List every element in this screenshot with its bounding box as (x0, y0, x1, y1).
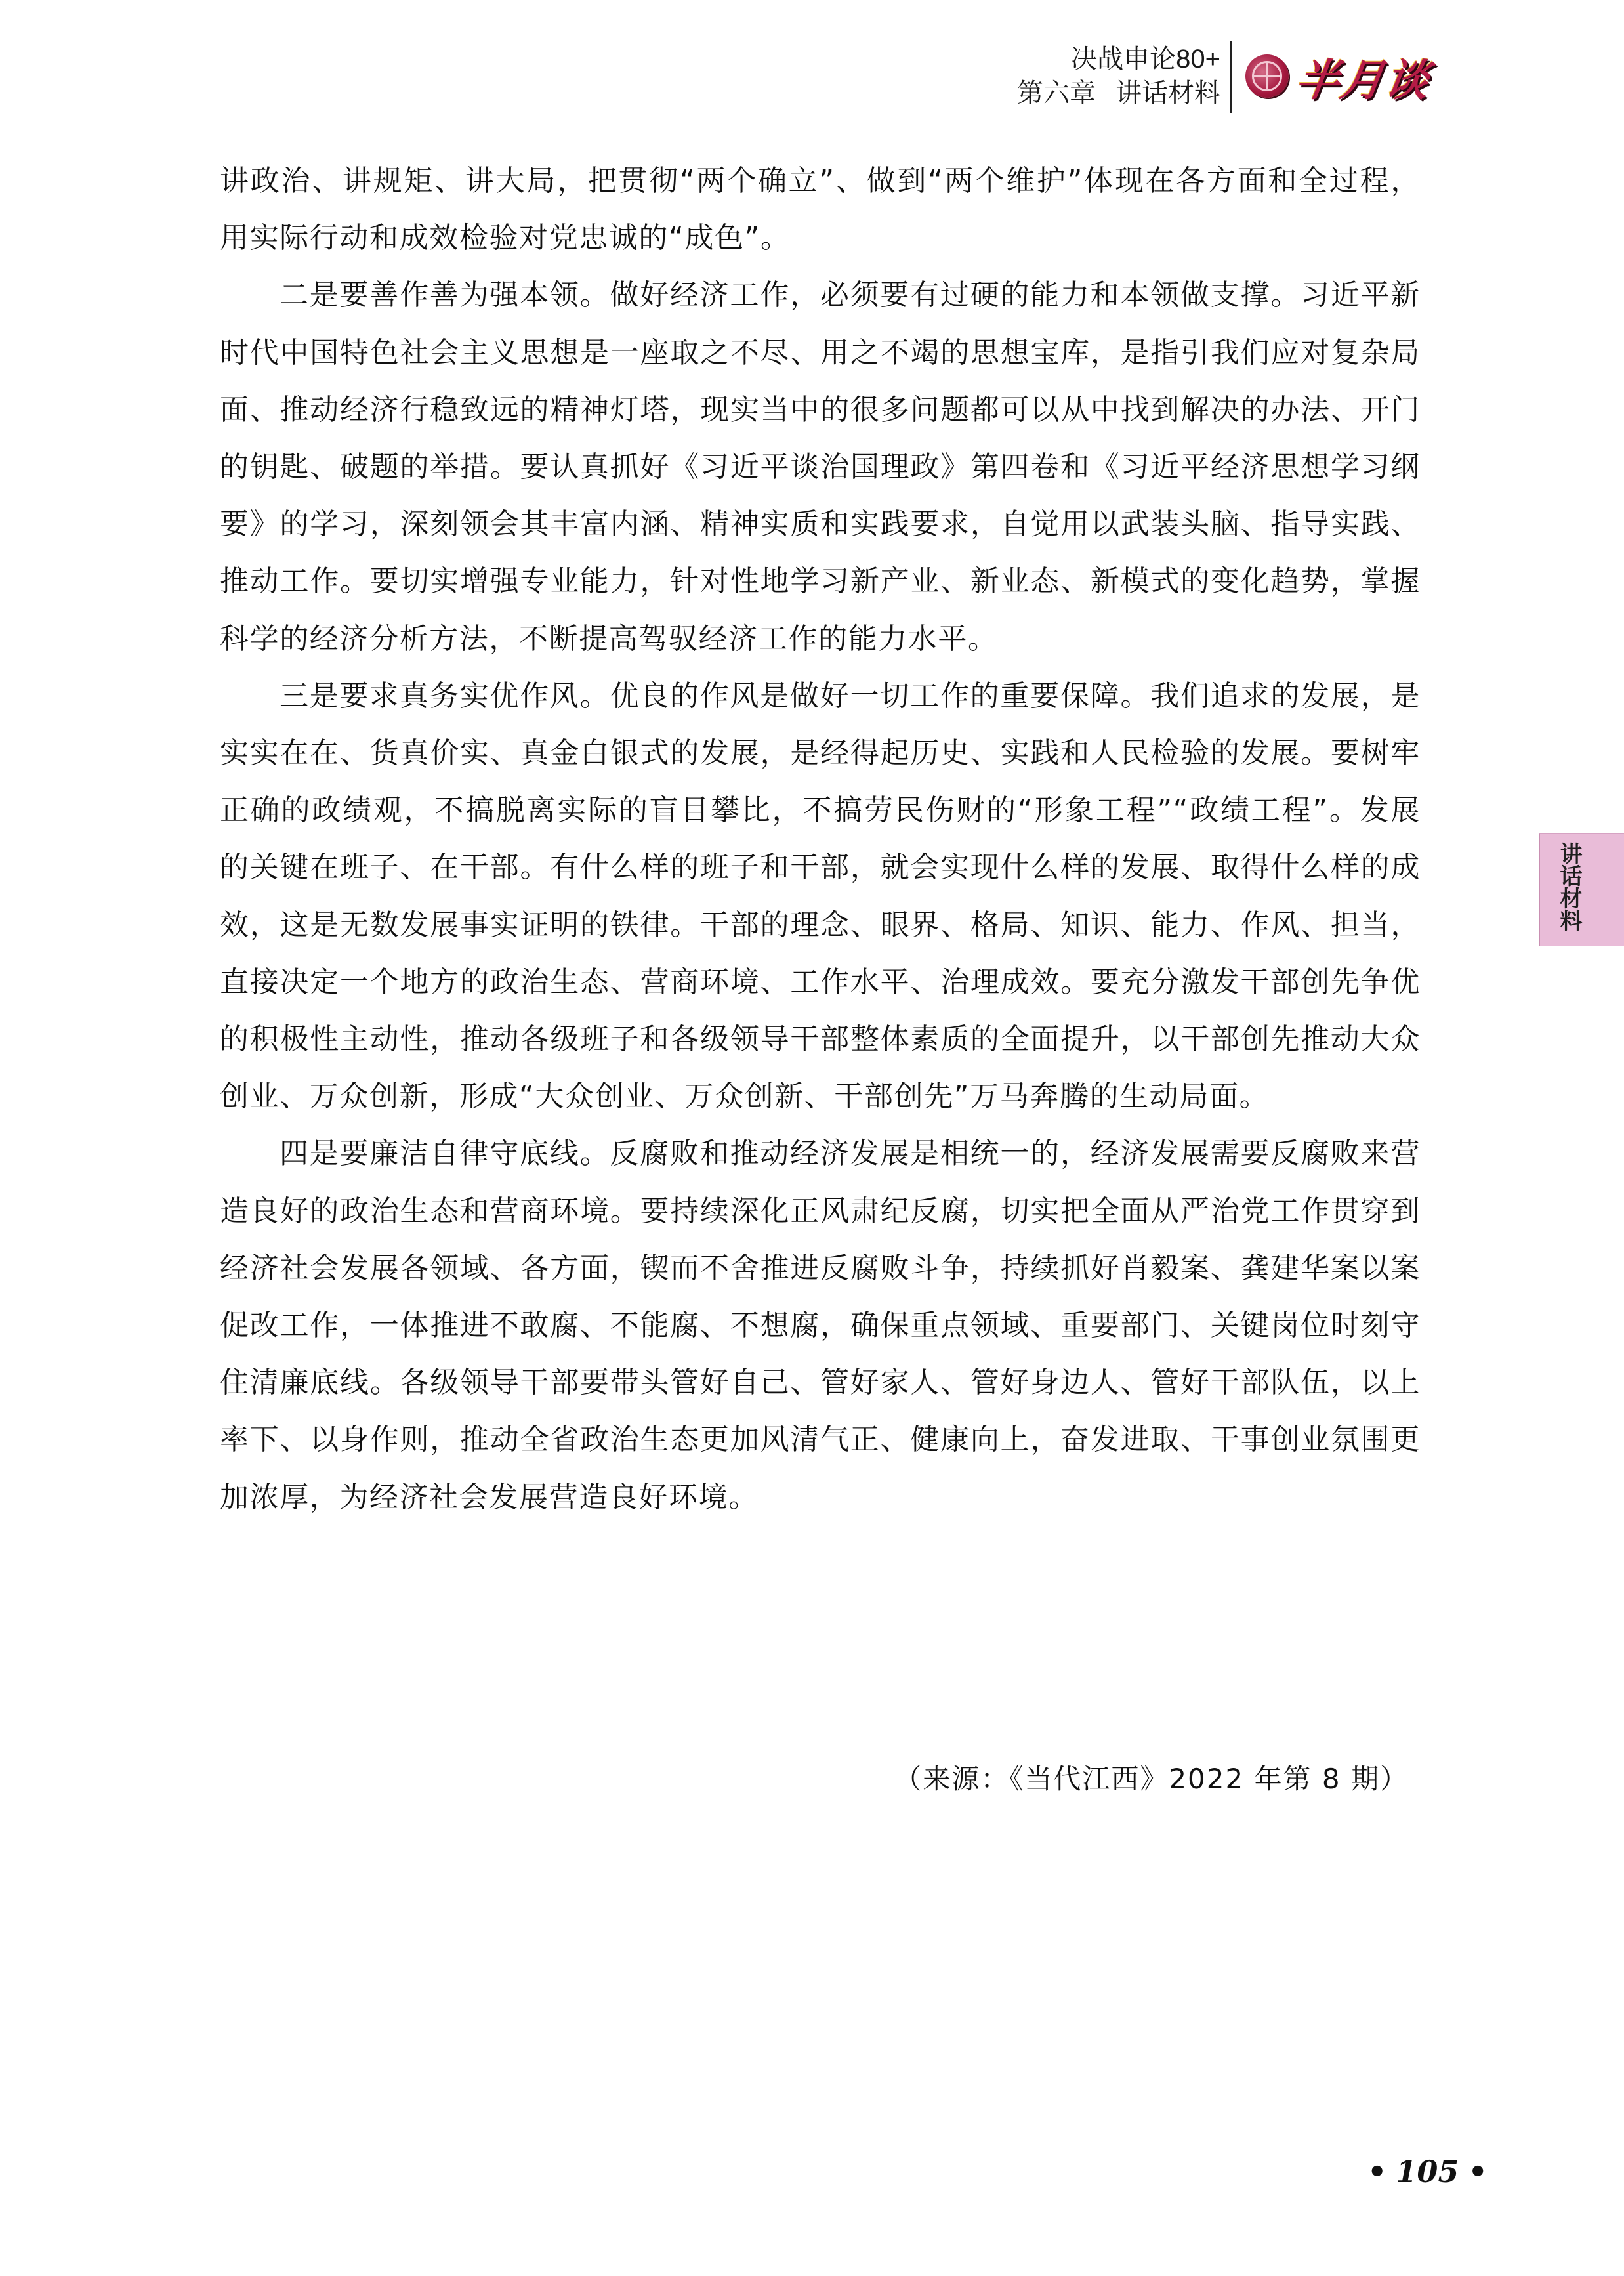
logo-wordmark: 半月谈 (1292, 45, 1434, 108)
paragraph-point-two: 二是要善作善为强本领。做好经济工作，必须要有过硬的能力和本领做支撑。习近平新时代… (220, 266, 1421, 667)
chapter-line: 第六章讲话材料 (1017, 76, 1220, 110)
page-number: •105• (1358, 2154, 1497, 2189)
header-divider (1230, 41, 1232, 113)
publisher-logo: 半月谈 (1245, 50, 1430, 102)
article-body: 讲政治、讲规矩、讲大局，把贯彻“两个确立”、做到“两个维护”体现在各方面和全过程… (220, 152, 1421, 1526)
globe-icon (1245, 54, 1289, 98)
source-citation: （来源：《当代江西》2022 年第 8 期） (894, 1758, 1409, 1797)
bullet-right: • (1468, 2154, 1487, 2189)
paragraph-point-four: 四是要廉洁自律守底线。反腐败和推动经济发展是相统一的，经济发展需要反腐败来营造良… (220, 1125, 1421, 1525)
page-number-value: 105 (1396, 2154, 1459, 2189)
paragraph-continued: 讲政治、讲规矩、讲大局，把贯彻“两个确立”、做到“两个维护”体现在各方面和全过程… (220, 152, 1421, 266)
running-header: 决战申论80+ 第六章讲话材料 半月谈 (984, 38, 1483, 117)
book-title: 决战申论80+ (1017, 42, 1220, 76)
paragraph-point-three: 三是要求真务实优作风。优良的作风是做好一切工作的重要保障。我们追求的发展，是实实… (220, 667, 1421, 1126)
chapter-title: 讲话材料 (1115, 79, 1220, 108)
header-text-block: 决战申论80+ 第六章讲话材料 (1017, 42, 1220, 110)
chapter-number: 第六章 (1017, 79, 1096, 108)
section-side-tab: 讲话材料 (1539, 833, 1624, 946)
bullet-left: • (1367, 2154, 1386, 2189)
side-tab-label: 讲话材料 (1554, 842, 1581, 931)
